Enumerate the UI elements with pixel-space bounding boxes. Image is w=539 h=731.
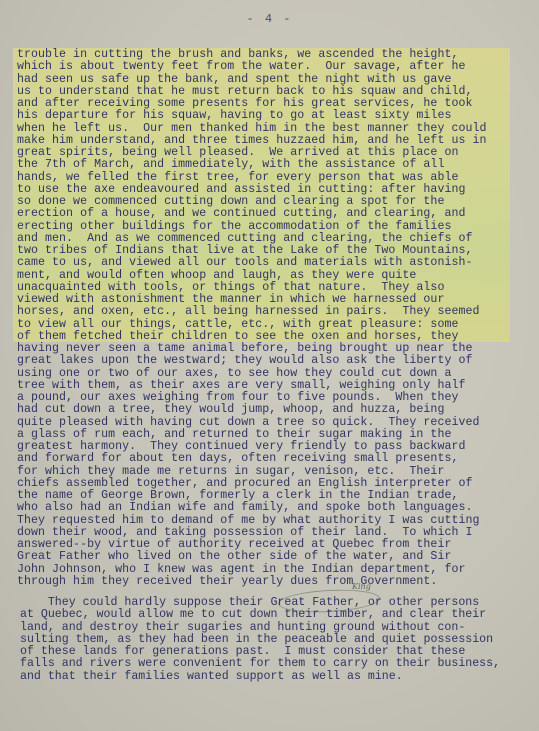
text-line: had cut down a tree, they would jump, wh… <box>17 404 537 416</box>
text-line: through him they received their yearly d… <box>17 576 537 588</box>
text-line: and that their families wanted support a… <box>20 671 539 683</box>
text-line: erection of a house, and we continued cu… <box>17 208 537 220</box>
text-line: using one or two of our axes, to see how… <box>17 368 537 380</box>
text-line: the 7th of March, and immediately, with … <box>17 159 537 171</box>
paragraph-1: trouble in cutting the brush and banks, … <box>17 49 537 588</box>
text-line: horses, and oxen, etc., all being harnes… <box>17 306 537 318</box>
text-line: for which they made me returns in sugar,… <box>17 466 537 478</box>
text-line: quite pleased with having cut down a tre… <box>17 417 537 429</box>
text-line: They requested him to demand of me by wh… <box>17 515 537 527</box>
text-line: his departure for his squaw, having to g… <box>17 110 537 122</box>
text-line: ment, and would often whoop and laugh, a… <box>17 270 537 282</box>
paragraph-2: They could hardly suppose their Great Fa… <box>20 597 539 683</box>
text-line: great lakes upon the westward; they woul… <box>17 355 537 367</box>
text-line: had seen us safe up the bank, and spent … <box>17 74 537 86</box>
text-line: at Quebec, would allow me to cut down th… <box>20 609 539 621</box>
text-line: erecting other buildings for the accommo… <box>17 221 537 233</box>
text-line: Great Father who lived on the other side… <box>17 551 537 563</box>
text-line: when he left us. Our men thanked him in … <box>17 123 537 135</box>
text-line: John Johnson, who I knew was agent in th… <box>17 564 537 576</box>
text-line: to view all our things, cattle, etc., wi… <box>17 319 537 331</box>
text-line: came to us, and viewed all our tools and… <box>17 257 537 269</box>
text-line: land, and destroy their sugaries and hun… <box>20 622 539 634</box>
text-line: falls and rivers were convenient for the… <box>20 658 539 670</box>
text-line: hands, we felled the first tree, for eve… <box>17 172 537 184</box>
text-line: and forward for about ten days, often re… <box>17 453 537 465</box>
document-page: - 4 - trouble in cutting the brush and b… <box>0 0 539 731</box>
page-number: - 4 - <box>0 12 539 26</box>
text-line: who also had an Indian wife and family, … <box>17 502 537 514</box>
text-line: which is about twenty feet from the wate… <box>17 61 537 73</box>
